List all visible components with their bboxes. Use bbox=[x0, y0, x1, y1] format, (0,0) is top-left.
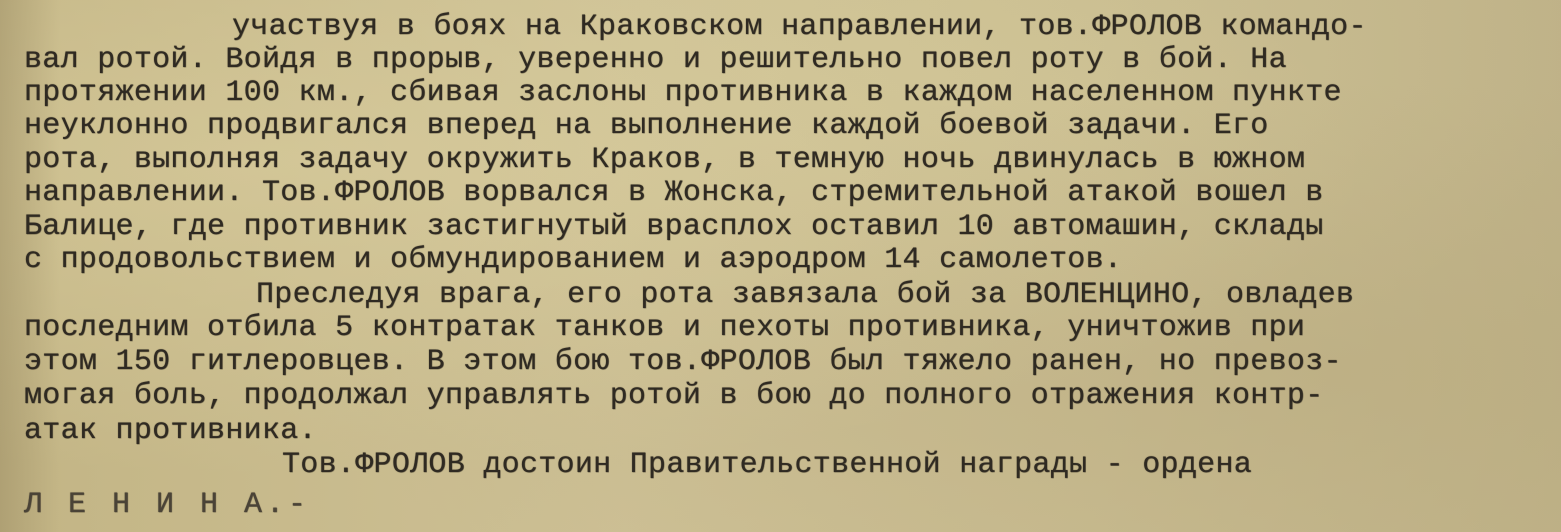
text-line: вал ротой. Войдя в прорыв, уверенно и ре… bbox=[24, 45, 1287, 75]
text-line: рота, выполняя задачу окружить Краков, в… bbox=[24, 145, 1305, 175]
text-line: этом 150 гитлеровцев. В этом бою тов.ФРО… bbox=[24, 347, 1342, 377]
text-line: Л Е Н И Н А.- bbox=[24, 490, 310, 520]
text-line: последним отбила 5 контратак танков и пе… bbox=[24, 313, 1305, 343]
text-line: с продовольствием и обмундированием и аэ… bbox=[24, 245, 1122, 275]
text-line: направлении. Тов.ФРОЛОВ ворвался в Жонск… bbox=[24, 178, 1324, 208]
text-line: Балице, где противник застигнутый враспл… bbox=[24, 212, 1324, 242]
text-line: Преследуя врага, его рота завязала бой з… bbox=[256, 280, 1354, 310]
text-line: неуклонно продвигался вперед на выполнен… bbox=[24, 111, 1269, 141]
document-page: участвуя в боях на Краковском направлени… bbox=[0, 0, 1561, 532]
text-line: протяжении 100 км., сбивая заслоны проти… bbox=[24, 78, 1342, 108]
text-line: участвуя в боях на Краковском направлени… bbox=[232, 12, 1367, 42]
text-line: Тов.ФРОЛОВ достоин Правительственной наг… bbox=[282, 450, 1252, 480]
text-line: могая боль, продолжал управлять ротой в … bbox=[24, 381, 1324, 411]
text-line: атак противника. bbox=[24, 416, 317, 446]
